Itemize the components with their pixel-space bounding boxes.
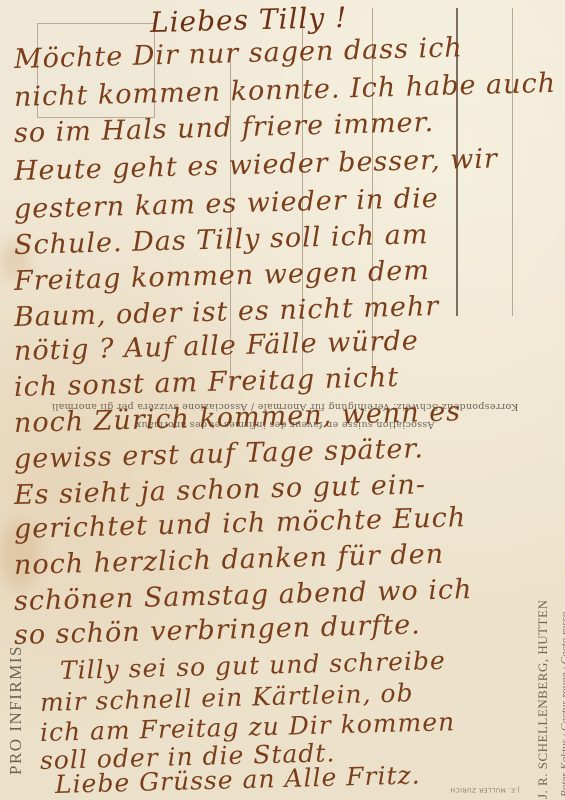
letter-line: gestern kam es wieder in die xyxy=(14,183,440,225)
letter-line: nötig ? Auf alle Fälle würde xyxy=(14,325,420,367)
letter-line: Heute geht es wieder besser, wir xyxy=(14,143,499,187)
letter-line: Schule. Das Tilly soll ich am xyxy=(14,219,429,261)
letter-line: nicht kommen konnte. Ich habe auch xyxy=(14,68,557,113)
letter-line: Freitag kommen wegen dem xyxy=(14,255,431,297)
letter-line: noch Zürich kommen, wenn es xyxy=(14,396,462,439)
handwritten-letter: Liebes Tilly ! Möchte Dir nur sagen dass… xyxy=(0,0,565,800)
letter-line: noch herzlich danken für den xyxy=(14,539,445,581)
letter-line: Möchte Dir nur sagen dass ich xyxy=(14,32,464,75)
letter-line: gewiss erst auf Tage später. xyxy=(14,433,425,475)
letter-line: ich sonst am Freitag nicht xyxy=(14,362,400,403)
postcard: Korrespondenz Schweiz. Vereinigung für A… xyxy=(0,0,565,800)
letter-greeting: Liebes Tilly ! xyxy=(150,1,348,39)
letter-line: so schön verbringen durfte. xyxy=(14,609,422,651)
letter-line: so im Hals und friere immer. xyxy=(14,107,435,149)
